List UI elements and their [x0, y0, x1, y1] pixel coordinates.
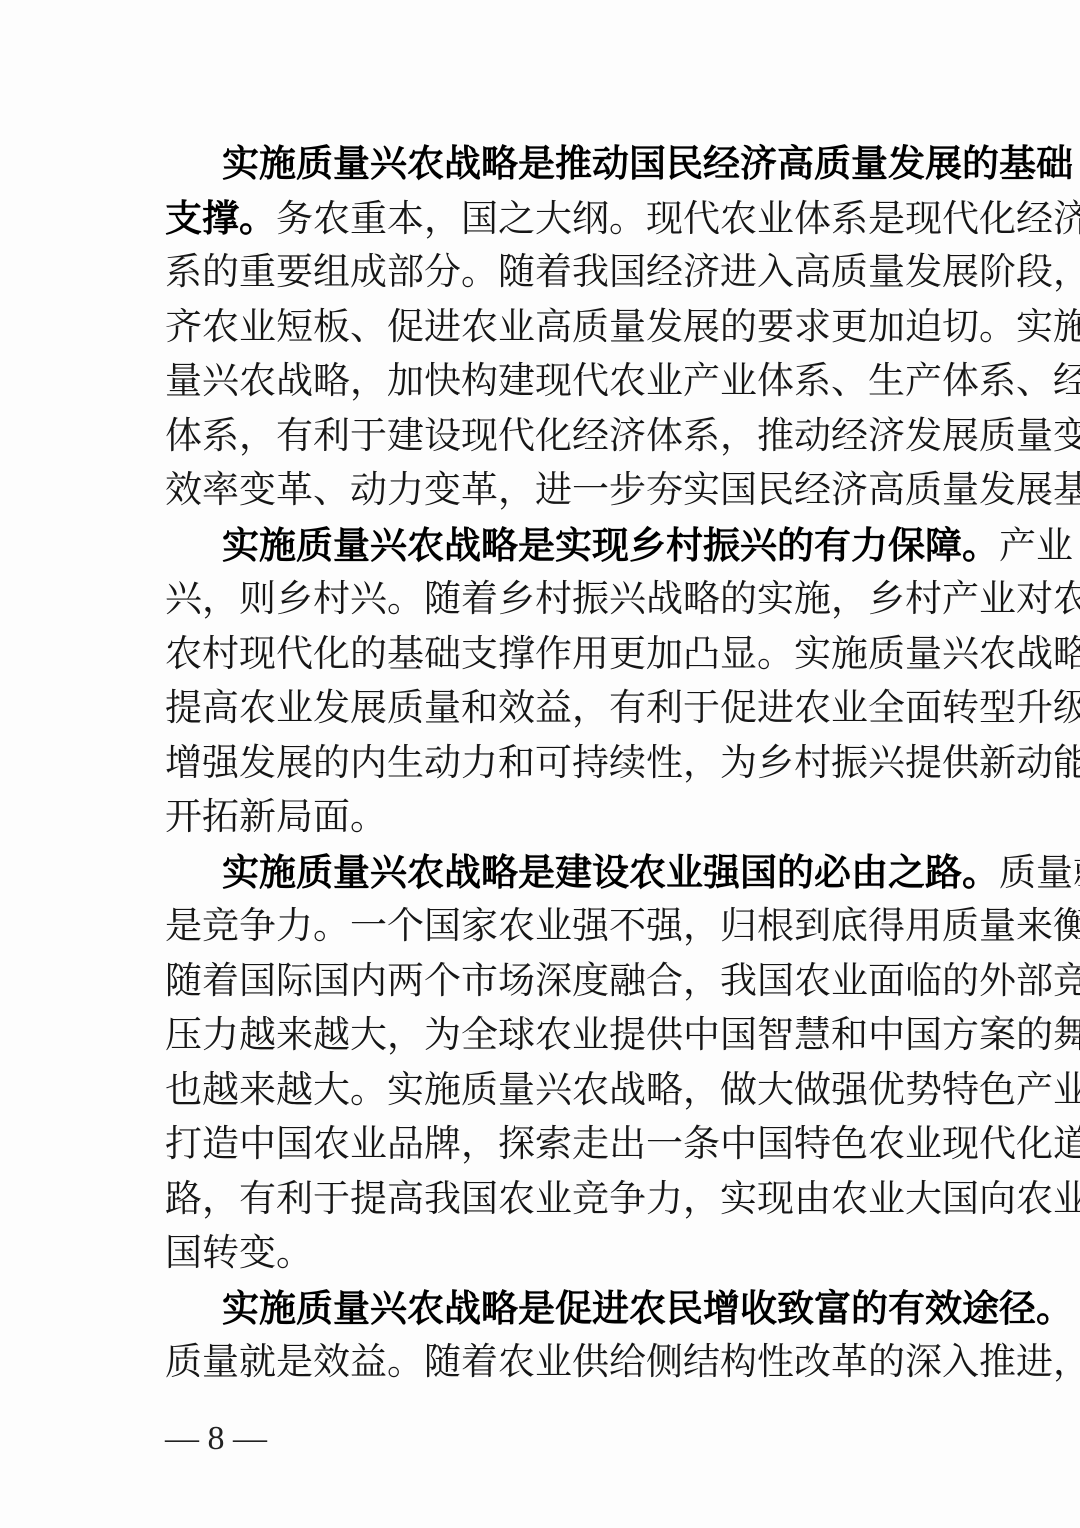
text-line: 打造中国农业品牌，探索走出一条中国特色农业现代化道 [165, 1117, 910, 1171]
text-line: 国转变。 [165, 1226, 910, 1280]
text-line: 实施质量兴农战略是推动国民经济高质量发展的基础 [222, 136, 910, 190]
paragraph-heading: 实施质量兴农战略是实现乡村振兴的有力保障。 [222, 523, 999, 567]
text-line: 兴，则乡村兴。随着乡村振兴战略的实施，乡村产业对农业 [165, 572, 910, 626]
text-line: 农村现代化的基础支撑作用更加凸显。实施质量兴农战略， [165, 627, 910, 681]
paragraph-heading: 实施质量兴农战略是推动国民经济高质量发展的基础 [222, 141, 1073, 185]
text-line: 增强发展的内生动力和可持续性，为乡村振兴提供新动能、 [165, 736, 910, 790]
text-line: 系的重要组成部分。随着我国经济进入高质量发展阶段，补 [165, 245, 910, 299]
text-line: 量兴农战略，加快构建现代农业产业体系、生产体系、经营 [165, 354, 910, 408]
text-line: 随着国际国内两个市场深度融合，我国农业面临的外部竞争 [165, 954, 910, 1008]
text-line: 质量就是效益。随着农业供给侧结构性改革的深入推进，提 [165, 1335, 910, 1389]
paragraph-body: 质量就 [999, 851, 1080, 894]
paragraph-body: 务农重本，国之大纲。现代农业体系是现代化经济体 [276, 197, 1080, 240]
text-line: 实施质量兴农战略是促进农民增收致富的有效途径。 [222, 1281, 910, 1335]
text-line: 支撑。务农重本，国之大纲。现代农业体系是现代化经济体 [165, 191, 910, 245]
text-line: 体系，有利于建设现代化经济体系，推动经济发展质量变革、 [165, 409, 910, 463]
text-line: 压力越来越大，为全球农业提供中国智慧和中国方案的舞台 [165, 1008, 910, 1062]
text-line: 实施质量兴农战略是实现乡村振兴的有力保障。产业 [222, 518, 910, 572]
text-line: 实施质量兴农战略是建设农业强国的必由之路。质量就 [222, 845, 910, 899]
paragraph-body: 产业 [999, 524, 1073, 567]
paragraph-heading: 实施质量兴农战略是促进农民增收致富的有效途径。 [222, 1286, 1073, 1330]
text-line: 是竞争力。一个国家农业强不强，归根到底得用质量来衡量。 [165, 899, 910, 953]
page-number: — 8 — [165, 1419, 267, 1459]
text-line: 提高农业发展质量和效益，有利于促进农业全面转型升级， [165, 681, 910, 735]
text-line: 齐农业短板、促进农业高质量发展的要求更加迫切。实施质 [165, 300, 910, 354]
text-line: 开拓新局面。 [165, 790, 910, 844]
text-line: 也越来越大。实施质量兴农战略，做大做强优势特色产业， [165, 1063, 910, 1117]
text-line: 效率变革、动力变革，进一步夯实国民经济高质量发展基础。 [165, 463, 910, 517]
paragraph-heading: 支撑。 [165, 196, 276, 240]
paragraph-heading: 实施质量兴农战略是建设农业强国的必由之路。 [222, 850, 999, 894]
text-line: 路，有利于提高我国农业竞争力，实现由农业大国向农业强 [165, 1172, 910, 1226]
document-page: 实施质量兴农战略是推动国民经济高质量发展的基础 支撑。务农重本，国之大纲。现代农… [0, 0, 1080, 1528]
